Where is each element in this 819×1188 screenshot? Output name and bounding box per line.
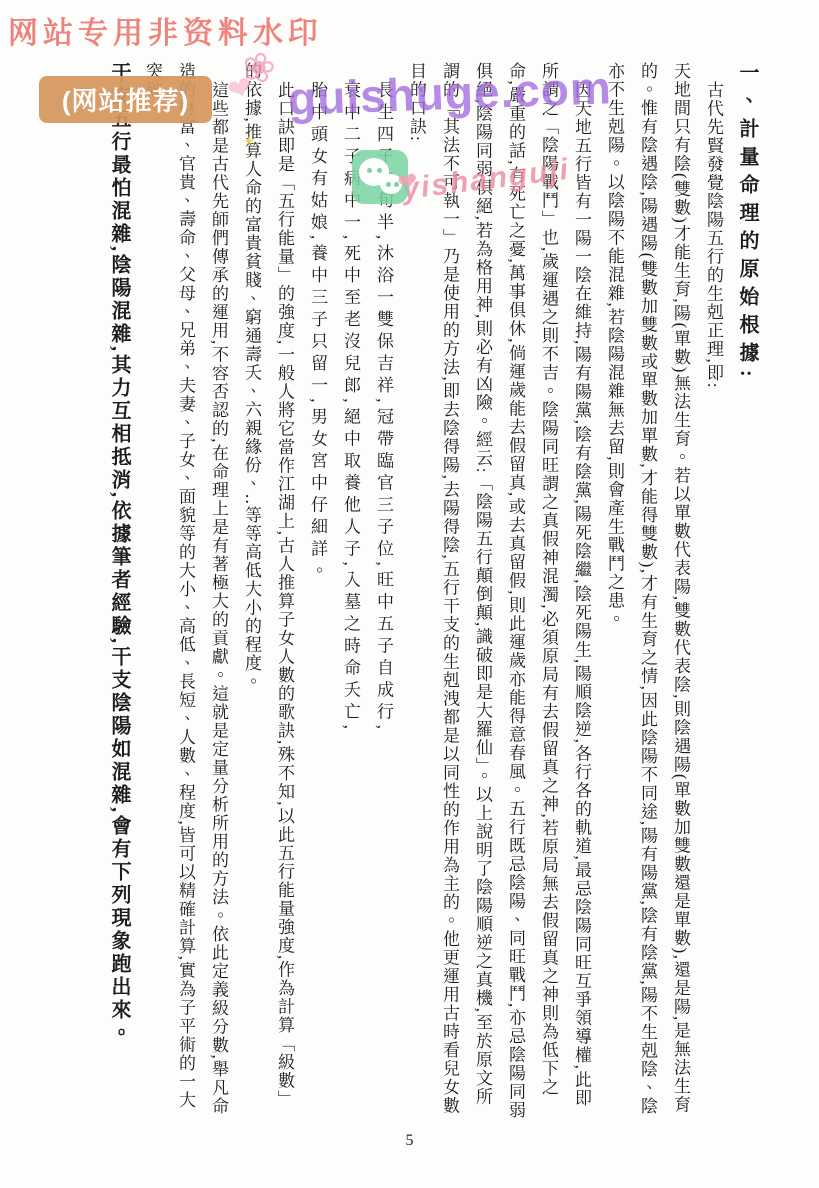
book-page: 一、計量命理的原始根據: 古代先賢發覺陰陽五行的生剋正理,即: 天地間只有陰(雙… (0, 0, 819, 1188)
watermark-site-badge: (网站推荐) (39, 76, 212, 123)
verse-line: 胎中頭女有姑娘,養中三子只留一,男女宮中仔細詳。 (301, 62, 334, 1120)
watermark-badge-label: (网站推荐) (62, 81, 189, 118)
sparkle-watermark-icon: ✦ (243, 134, 255, 151)
paragraph-yinyang-basis: 天地間只有陰(雙數)才能生育,陽(單數)無法生育。若以單數代表陽,雙數代表陰,則… (598, 62, 697, 1120)
verse-line: 衰中二子病中一,死中至老沒兒郎,絕中取養他人子,入墓之時命夭亡, (334, 62, 367, 1120)
page-number: 5 (0, 1132, 819, 1150)
paragraph-ganzhi-warning: 干支五行最怕混雜,陰陽混雜,其力互相抵消,依據筆者經驗,干支陰陽如混雜,會有下列… (102, 62, 136, 1120)
flower-watermark-icon: ❀ ❤ (228, 48, 290, 114)
verse-line: 長生四子中旬半,沐浴一雙保吉祥,冠帶臨官三子位,旺中五子自成行, (367, 62, 400, 1120)
paragraph-wuxing-battle: 因天地五行皆有一陽一陰在維持,陽有陽黨,陰有陰黨,陽死陰繼,陰死陽生,陽順陰逆,… (400, 62, 598, 1120)
paragraph-ancestral-legacy: 這些都是古代先師們傳承的運用,不容否認的,在命理上是有著極大的貢獻。這就是定量分… (136, 62, 235, 1120)
watermark-site-url: guishuge.com (287, 60, 612, 125)
page-text-flow: 一、計量命理的原始根據: 古代先賢發覺陰陽五行的生剋正理,即: 天地間只有陰(雙… (102, 62, 763, 1120)
paragraph-koujue-usage: 此口訣即是「五行能量」的強度,一般人將它當作江湖上,古人推算子女人數的歌訣,殊不… (235, 62, 301, 1120)
section-heading: 一、計量命理的原始根據: (730, 62, 763, 1120)
watermark-banner-text: 网站专用非资料水印 (8, 8, 323, 52)
paragraph-intro: 古代先賢發覺陰陽五行的生剋正理,即: (697, 62, 730, 1120)
